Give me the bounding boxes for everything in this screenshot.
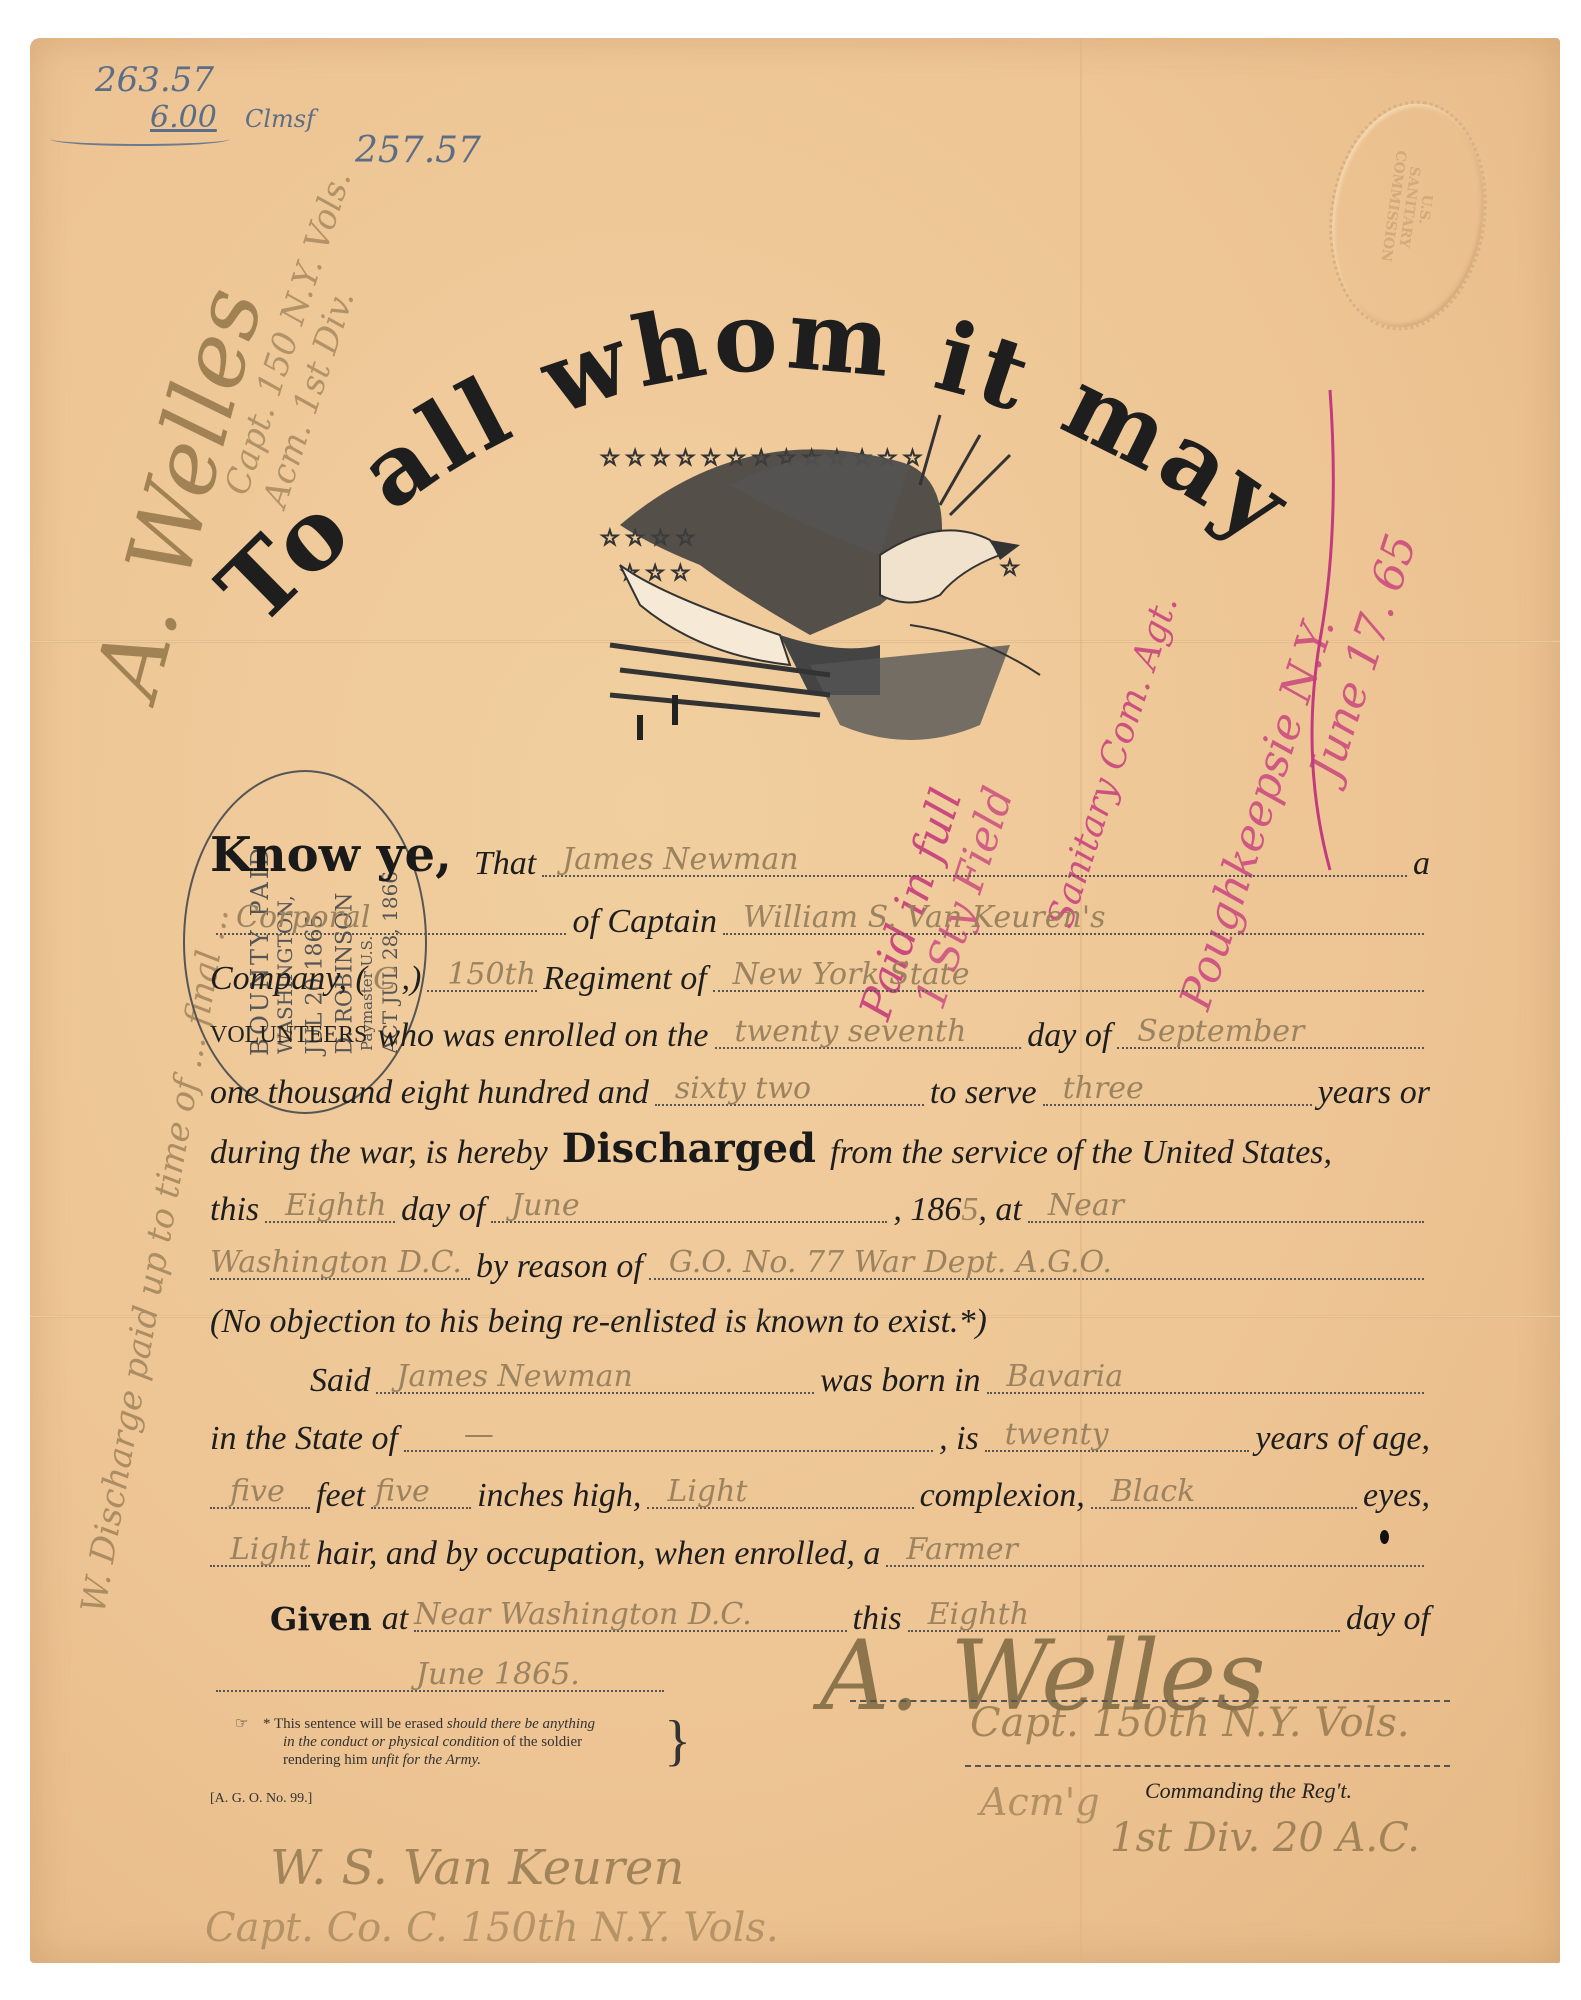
label-this: this [210,1191,259,1229]
commander-division-handwritten: 1st Div. 20 A.C. [1110,1815,1420,1861]
row-reason: Washington D.C. by reason of G.O. No. 77… [210,1238,1430,1286]
label-volunteers: VOLUNTEERS [210,1022,367,1049]
row-discharged: during the war, is hereby Discharged fro… [210,1124,1430,1172]
label-in-state: in the State of [210,1420,398,1458]
label-from-service: from the service of the United States, [830,1134,1332,1172]
label-that: That [474,845,536,883]
footnote-line2-italic: in the conduct or physical condition [283,1734,499,1750]
bounty-paid-stamp: BOUNTY PAID WASHINGTON, JUL 20 1865 D. R… [183,770,427,1114]
field-occupation: Farmer [886,1529,1424,1567]
field-discharge-place-1: Near [1028,1185,1424,1223]
field-discharge-year-digit: 5 [961,1191,978,1229]
row-description: five feet five inches high, Light comple… [210,1467,1430,1515]
title-line [965,1765,1450,1767]
label-to-serve: to serve [930,1074,1037,1112]
field-discharge-place-2: Washington D.C. [210,1242,470,1280]
field-age: twenty [985,1414,1250,1452]
ink-dot [1380,1530,1389,1544]
field-enrolled-month: September [1117,1011,1424,1049]
field-enrolled-year: sixty two [655,1068,924,1106]
field-rank: Corporal [216,897,566,935]
label-day-of: day of [1027,1017,1111,1055]
label-regiment-of: Regiment of [543,960,706,998]
field-reason: G.O. No. 77 War Dept. A.G.O. [649,1242,1424,1280]
pink-flourish [1290,380,1350,880]
know-ye-heading: Know ye, [210,827,452,883]
commander-extra-handwritten: Acm'g [980,1780,1100,1824]
label-year-prefix: one thousand eight hundred and [210,1074,649,1112]
commander-title-handwritten: Capt. 150th N.Y. Vols. [970,1700,1410,1746]
footnote-line3-plain: rendering him [283,1752,371,1768]
footnote-line2-plain: of the soldier [499,1734,582,1750]
field-state: New York State [713,954,1424,992]
field-captain-name: William S. Van Keuren's [723,897,1424,935]
footnote-line3-italic: unfit for the Army. [371,1752,481,1768]
row-know-ye: Know ye, That James Newman a [210,835,1430,883]
captain-title: Capt. Co. C. 150th N.Y. Vols. [205,1905,779,1951]
label-enrolled: who was enrolled on the [377,1017,708,1055]
label-eyes: eyes, [1363,1477,1430,1515]
footnote-line1-plain: * This sentence will be erased [263,1716,447,1732]
label-during-war: during the war, is hereby [210,1134,548,1172]
no-objection-text: (No objection to his being re-enlisted i… [210,1303,987,1341]
field-given-place: Near Washington D.C. [414,1594,846,1632]
pointing-hand-icon: ☞ [235,1715,248,1733]
label-of-captain: of Captain [572,903,717,941]
field-hair: Light [210,1529,310,1567]
label-day-of-2: day of [401,1191,485,1229]
label-company-close: ,) [401,960,421,998]
label-given-at: at [382,1600,408,1638]
row-no-objection: (No objection to his being re-enlisted i… [210,1293,1430,1341]
label-said: Said [310,1362,370,1400]
commanding-label: Commanding the Reg't. [1145,1778,1352,1804]
field-said-name: James Newman [376,1356,813,1394]
label-a: a [1413,845,1430,883]
label-years-of-age: years of age, [1255,1420,1430,1458]
captain-signature: W. S. Van Keuren [270,1840,684,1896]
label-feet: feet [316,1477,365,1515]
field-enrolled-day: twenty seventh [715,1011,1022,1049]
pencil-underline [50,132,230,146]
field-complexion: Light [647,1471,913,1509]
pencil-note-amount-1: 263.57 [95,60,214,100]
label-given: Given [270,1600,372,1638]
field-height-feet: five [210,1471,310,1509]
field-serve-term: three [1043,1068,1312,1106]
pencil-note-amount-2: 6.00 [150,100,217,135]
row-year: one thousand eight hundred and sixty two… [210,1064,1430,1112]
row-said: Said James Newman was born in Bavaria [210,1352,1430,1400]
label-by-reason: by reason of [476,1248,643,1286]
field-given-month-year: June 1865. [216,1654,664,1692]
field-discharge-day: Eighth [265,1185,395,1223]
footnote-line1-italic: should there be anything [447,1716,595,1732]
discharged-heading: Discharged [562,1125,816,1172]
label-at: , at [978,1191,1021,1229]
field-state-of-birth: — [404,1414,933,1452]
row-rank: Corporal of Captain William S. Van Keure… [210,893,1430,941]
label-company: Company, ( [210,960,367,998]
label-years-or: years or [1318,1074,1430,1112]
label-inches-high: inches high, [477,1477,641,1515]
footnote: ☞ * This sentence will be erased should … [245,1715,685,1769]
row-company: Company, ( C ,) 150th Regiment of New Yo… [210,950,1430,998]
field-height-inches: five [371,1471,471,1509]
label-born-in: was born in [820,1362,981,1400]
label-is: , is [939,1420,979,1458]
row-enrolled: VOLUNTEERS who was enrolled on the twent… [210,1007,1430,1055]
row-given-month: June 1865. [210,1650,670,1698]
field-eyes: Black [1091,1471,1357,1509]
field-discharge-month: June [491,1185,887,1223]
row-discharge-date: this Eighth day of June , 186 5 , at Nea… [210,1181,1430,1229]
label-year-186: , 186 [893,1191,961,1229]
label-hair-occupation: hair, and by occupation, when enrolled, … [316,1535,880,1573]
field-regiment-number: 150th [427,954,537,992]
field-company-letter: C [373,960,396,998]
pencil-note-word: Clmsf [245,105,315,133]
label-complexion: complexion, [920,1477,1085,1515]
field-birthplace: Bavaria [987,1356,1424,1394]
field-soldier-name: James Newman [542,839,1407,877]
label-day-of-3: day of [1346,1600,1430,1638]
footnote-brace: } [664,1713,691,1769]
row-state-age: in the State of — , is twenty years of a… [210,1410,1430,1458]
row-occupation: Light hair, and by occupation, when enro… [210,1525,1430,1573]
form-number: [A. G. O. No. 99.] [210,1790,312,1808]
